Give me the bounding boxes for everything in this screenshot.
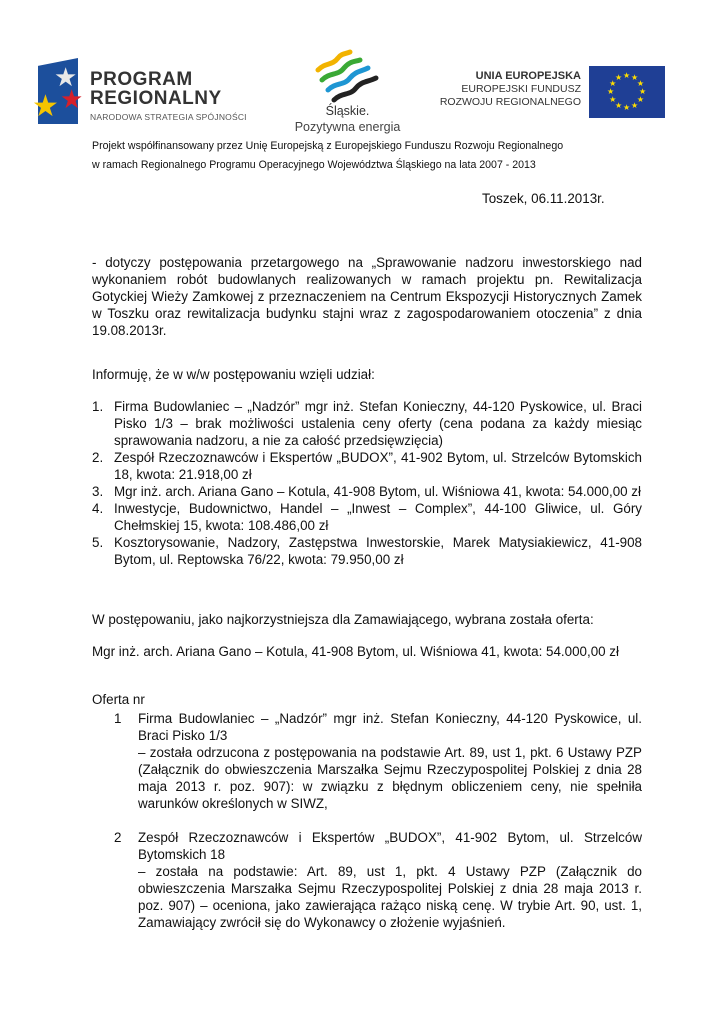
slaskie-waves-icon bbox=[312, 48, 382, 104]
eu-star-icon: ★ bbox=[623, 104, 630, 112]
participant-number: 5. bbox=[92, 534, 103, 551]
participant-number: 1. bbox=[92, 398, 103, 415]
offer-number: 2 bbox=[114, 829, 121, 846]
participant-text: Mgr inż. arch. Ariana Gano – Kotula, 41-… bbox=[114, 484, 641, 499]
offer-detail: – została na podstawie: Art. 89, ust 1, … bbox=[138, 863, 642, 931]
participant-number: 2. bbox=[92, 449, 103, 466]
participant-item: 5.Kosztorysowanie, Nadzory, Zastępstwa I… bbox=[92, 534, 642, 568]
participant-text: Zespół Rzeczoznawców i Ekspertów „BUDOX”… bbox=[114, 450, 642, 482]
yellow-star-icon: ★ bbox=[32, 92, 59, 122]
offer-number: 1 bbox=[114, 710, 121, 727]
subject-paragraph: - dotyczy postępowania przetargowego na … bbox=[92, 254, 642, 339]
offers-list: 1Firma Budowlaniec – „Nadzór” mgr inż. S… bbox=[114, 710, 642, 948]
offer-name: Zespół Rzeczoznawców i Ekspertów „BUDOX”… bbox=[138, 829, 642, 863]
participant-number: 3. bbox=[92, 483, 103, 500]
program-regionalny-logo: ★ ★ ★ PROGRAM REGIONALNY NARODOWA STRATE… bbox=[30, 56, 260, 128]
offers-heading: Oferta nr bbox=[92, 691, 642, 708]
offer-item: 1Firma Budowlaniec – „Nadzór” mgr inż. S… bbox=[114, 710, 642, 812]
slaskie-logo: Śląskie. Pozytywna energia bbox=[290, 48, 410, 140]
project-line-2: w ramach Regionalnego Programu Operacyjn… bbox=[92, 156, 652, 175]
red-star-icon: ★ bbox=[60, 86, 83, 112]
participants-intro: Informuję, że w w/w postępowaniu wzięli … bbox=[92, 366, 642, 383]
eu-star-icon: ★ bbox=[637, 80, 644, 88]
participant-item: 3.Mgr inż. arch. Ariana Gano – Kotula, 4… bbox=[92, 483, 642, 500]
participant-text: Firma Budowlaniec – „Nadzór” mgr inż. St… bbox=[114, 399, 642, 448]
eu-star-icon: ★ bbox=[615, 74, 622, 82]
project-line-1: Projekt współfinansowany przez Unię Euro… bbox=[92, 137, 652, 156]
participants-list: 1.Firma Budowlaniec – „Nadzór” mgr inż. … bbox=[92, 398, 642, 568]
eu-star-icon: ★ bbox=[631, 102, 638, 110]
program-regionalny-title: PROGRAM REGIONALNY bbox=[90, 70, 222, 108]
project-cofinancing-note: Projekt współfinansowany przez Unię Euro… bbox=[92, 137, 652, 175]
eu-flag-icon: ★★★★★★★★★★★★ bbox=[589, 66, 665, 118]
slaskie-name: Śląskie. bbox=[290, 104, 405, 118]
offer-item: 2Zespół Rzeczoznawców i Ekspertów „BUDOX… bbox=[114, 829, 642, 931]
slaskie-slogan: Pozytywna energia bbox=[290, 120, 405, 134]
unia-europejska-text: UNIA EUROPEJSKA EUROPEJSKI FUNDUSZ ROZWO… bbox=[440, 70, 581, 109]
offer-name: Firma Budowlaniec – „Nadzór” mgr inż. St… bbox=[138, 710, 642, 744]
unia-europejska-logo: UNIA EUROPEJSKA EUROPEJSKI FUNDUSZ ROZWO… bbox=[440, 62, 665, 122]
eu-star-icon: ★ bbox=[623, 72, 630, 80]
selected-offer: Mgr inż. arch. Ariana Gano – Kotula, 41-… bbox=[92, 643, 642, 660]
eu-star-icon: ★ bbox=[607, 88, 614, 96]
participant-text: Kosztorysowanie, Nadzory, Zastępstwa Inw… bbox=[114, 535, 642, 567]
program-regionalny-subtitle: NARODOWA STRATEGIA SPÓJNOŚCI bbox=[90, 112, 247, 122]
participant-item: 1.Firma Budowlaniec – „Nadzór” mgr inż. … bbox=[92, 398, 642, 449]
participant-number: 4. bbox=[92, 500, 103, 517]
selected-offer-intro: W postępowaniu, jako najkorzystniejsza d… bbox=[92, 611, 642, 628]
participant-item: 2.Zespół Rzeczoznawców i Ekspertów „BUDO… bbox=[92, 449, 642, 483]
offer-detail: – została odrzucona z postępowania na po… bbox=[138, 744, 642, 812]
participant-item: 4.Inwestycje, Budownictwo, Handel – „Inw… bbox=[92, 500, 642, 534]
participant-text: Inwestycje, Budownictwo, Handel – „Inwes… bbox=[114, 501, 642, 533]
date-place: Toszek, 06.11.2013r. bbox=[482, 191, 605, 206]
eu-star-icon: ★ bbox=[609, 96, 616, 104]
